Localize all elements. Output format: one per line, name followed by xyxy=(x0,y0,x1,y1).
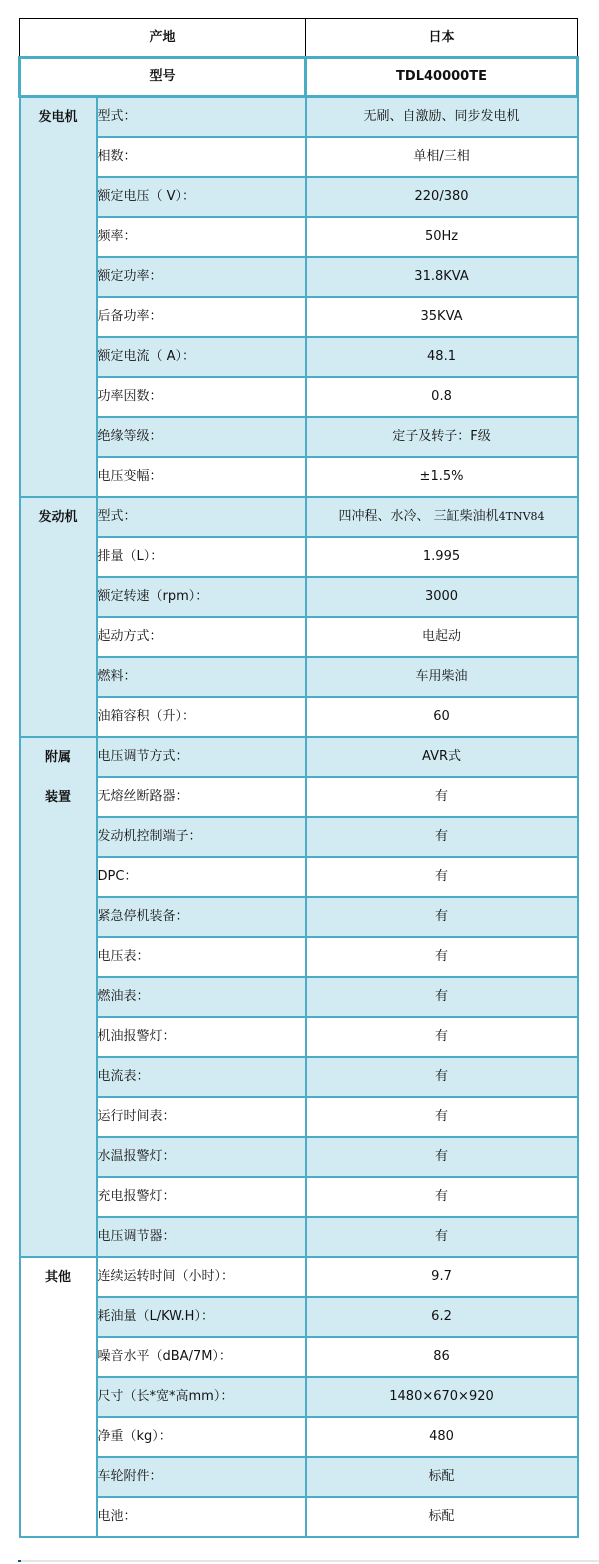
row-value: 四冲程、水冷、 三缸柴油机4TNV84 xyxy=(306,497,578,537)
table-row: 噪音水平（dBA/7M）： 86 xyxy=(20,1337,578,1377)
row-value: 有 xyxy=(306,817,578,857)
table-row: 电压表： 有 xyxy=(20,937,578,977)
section-generator-title: 发电机 xyxy=(20,97,97,498)
row-label: 发动机控制端子： xyxy=(97,817,306,857)
table-row: 额定功率： 31.8KVA xyxy=(20,257,578,297)
row-label: 后备功率： xyxy=(97,297,306,337)
table-row: 绝缘等级： 定子及转子：F级 xyxy=(20,417,578,457)
row-value: 9.7 xyxy=(306,1257,578,1297)
row-label: DPC： xyxy=(97,857,306,897)
table-row: 充电报警灯： 有 xyxy=(20,1177,578,1217)
section-other-title: 其他 xyxy=(20,1257,97,1537)
row-value: 1480×670×920 xyxy=(306,1377,578,1417)
row-label: 尺寸（长*宽*高mm）： xyxy=(97,1377,306,1417)
table-row: 其他 连续运转时间（小时）： 9.7 xyxy=(20,1257,578,1297)
row-value: 无刷、自激励、同步发电机 xyxy=(306,97,578,138)
table-row: 无熔丝断路器： 有 xyxy=(20,777,578,817)
row-value: 电起动 xyxy=(306,617,578,657)
row-value: AVR式 xyxy=(306,737,578,777)
row-label: 净重（kg）： xyxy=(97,1417,306,1457)
table-row: 燃油表： 有 xyxy=(20,977,578,1017)
engine-model-code: 4TNV84 xyxy=(499,510,545,523)
origin-value: 日本 xyxy=(306,19,578,58)
table-row: DPC： 有 xyxy=(20,857,578,897)
row-value: 有 xyxy=(306,977,578,1017)
table-row: 起动方式： 电起动 xyxy=(20,617,578,657)
row-value: 48.1 xyxy=(306,337,578,377)
row-label: 车轮附件： xyxy=(97,1457,306,1497)
table-row: 频率： 50Hz xyxy=(20,217,578,257)
row-value: 86 xyxy=(306,1337,578,1377)
row-label: 水温报警灯： xyxy=(97,1137,306,1177)
row-label: 额定电流（ A）： xyxy=(97,337,306,377)
row-value: 有 xyxy=(306,857,578,897)
table-row: 发电机 型式： 无刷、自激励、同步发电机 xyxy=(20,97,578,138)
table-row: 功率因数： 0.8 xyxy=(20,377,578,417)
row-label: 燃料： xyxy=(97,657,306,697)
row-label: 电池： xyxy=(97,1497,306,1537)
row-value: 有 xyxy=(306,1097,578,1137)
row-label: 油箱容积（升）： xyxy=(97,697,306,737)
row-value: 有 xyxy=(306,1137,578,1177)
row-label: 充电报警灯： xyxy=(97,1177,306,1217)
table-row: 发动机控制端子： 有 xyxy=(20,817,578,857)
row-label: 相数： xyxy=(97,137,306,177)
row-label: 紧急停机装备： xyxy=(97,897,306,937)
table-row: 附属 装置 电压调节方式： AVR式 xyxy=(20,737,578,777)
row-label: 额定功率： xyxy=(97,257,306,297)
table-row: 耗油量（L/KW.H）： 6.2 xyxy=(20,1297,578,1337)
table-row: 运行时间表： 有 xyxy=(20,1097,578,1137)
row-label: 耗油量（L/KW.H）： xyxy=(97,1297,306,1337)
row-label: 燃油表： xyxy=(97,977,306,1017)
row-label: 额定转速（rpm）： xyxy=(97,577,306,617)
model-row: 型号 TDL40000TE xyxy=(20,58,578,97)
row-value: 60 xyxy=(306,697,578,737)
table-row: 电压变幅： ±1.5% xyxy=(20,457,578,497)
origin-label: 产地 xyxy=(20,19,306,58)
row-value: 220/380 xyxy=(306,177,578,217)
model-label: 型号 xyxy=(20,58,306,97)
table-row: 机油报警灯： 有 xyxy=(20,1017,578,1057)
spec-table: 产地 日本 型号 TDL40000TE 发电机 型式： 无刷、自激励、同步发电机… xyxy=(18,18,579,1538)
table-row: 排量（L）： 1.995 xyxy=(20,537,578,577)
row-value: 有 xyxy=(306,1017,578,1057)
table-row: 发动机 型式： 四冲程、水冷、 三缸柴油机4TNV84 xyxy=(20,497,578,537)
row-value: 50Hz xyxy=(306,217,578,257)
row-value: 6.2 xyxy=(306,1297,578,1337)
row-value: 有 xyxy=(306,1177,578,1217)
row-value: 有 xyxy=(306,777,578,817)
row-label: 电流表： xyxy=(97,1057,306,1097)
row-label: 连续运转时间（小时）： xyxy=(97,1257,306,1297)
row-value: 标配 xyxy=(306,1497,578,1537)
table-row: 额定电压（ V）： 220/380 xyxy=(20,177,578,217)
row-value: ±1.5% xyxy=(306,457,578,497)
table-row: 油箱容积（升）： 60 xyxy=(20,697,578,737)
row-value: 31.8KVA xyxy=(306,257,578,297)
row-label: 额定电压（ V）： xyxy=(97,177,306,217)
row-label: 电压表： xyxy=(97,937,306,977)
row-value: 有 xyxy=(306,897,578,937)
row-value-text: 四冲程、水冷、 三缸柴油机 xyxy=(338,509,498,524)
table-row: 尺寸（长*宽*高mm）： 1480×670×920 xyxy=(20,1377,578,1417)
table-row: 电压调节器： 有 xyxy=(20,1217,578,1257)
row-label: 排量（L）： xyxy=(97,537,306,577)
row-label: 机油报警灯： xyxy=(97,1017,306,1057)
table-row: 水温报警灯： 有 xyxy=(20,1137,578,1177)
row-label: 功率因数： xyxy=(97,377,306,417)
table-row: 紧急停机装备： 有 xyxy=(20,897,578,937)
footer-divider xyxy=(18,1560,599,1562)
table-row: 电池： 标配 xyxy=(20,1497,578,1537)
row-label: 噪音水平（dBA/7M）： xyxy=(97,1337,306,1377)
table-row: 相数： 单相/三相 xyxy=(20,137,578,177)
row-value: 1.995 xyxy=(306,537,578,577)
row-label: 型式： xyxy=(97,497,306,537)
table-row: 电流表： 有 xyxy=(20,1057,578,1097)
row-value: 3000 xyxy=(306,577,578,617)
row-label: 无熔丝断路器： xyxy=(97,777,306,817)
table-row: 额定电流（ A）： 48.1 xyxy=(20,337,578,377)
origin-row: 产地 日本 xyxy=(20,19,578,58)
row-value: 有 xyxy=(306,1217,578,1257)
row-value: 标配 xyxy=(306,1457,578,1497)
row-value: 有 xyxy=(306,1057,578,1097)
row-value: 有 xyxy=(306,937,578,977)
row-value: 480 xyxy=(306,1417,578,1457)
row-value: 单相/三相 xyxy=(306,137,578,177)
row-label: 绝缘等级： xyxy=(97,417,306,457)
row-label: 运行时间表： xyxy=(97,1097,306,1137)
row-value: 车用柴油 xyxy=(306,657,578,697)
row-label: 频率： xyxy=(97,217,306,257)
table-row: 额定转速（rpm）： 3000 xyxy=(20,577,578,617)
row-value: 35KVA xyxy=(306,297,578,337)
row-label: 电压调节器： xyxy=(97,1217,306,1257)
row-value: 0.8 xyxy=(306,377,578,417)
row-label: 起动方式： xyxy=(97,617,306,657)
row-label: 电压变幅： xyxy=(97,457,306,497)
table-row: 净重（kg）： 480 xyxy=(20,1417,578,1457)
section-engine-title: 发动机 xyxy=(20,497,97,737)
table-row: 车轮附件： 标配 xyxy=(20,1457,578,1497)
model-value: TDL40000TE xyxy=(306,58,578,97)
table-row: 燃料： 车用柴油 xyxy=(20,657,578,697)
row-value: 定子及转子：F级 xyxy=(306,417,578,457)
section-accessories-title: 附属 装置 xyxy=(20,737,97,1257)
table-row: 后备功率： 35KVA xyxy=(20,297,578,337)
row-label: 电压调节方式： xyxy=(97,737,306,777)
row-label: 型式： xyxy=(97,97,306,138)
